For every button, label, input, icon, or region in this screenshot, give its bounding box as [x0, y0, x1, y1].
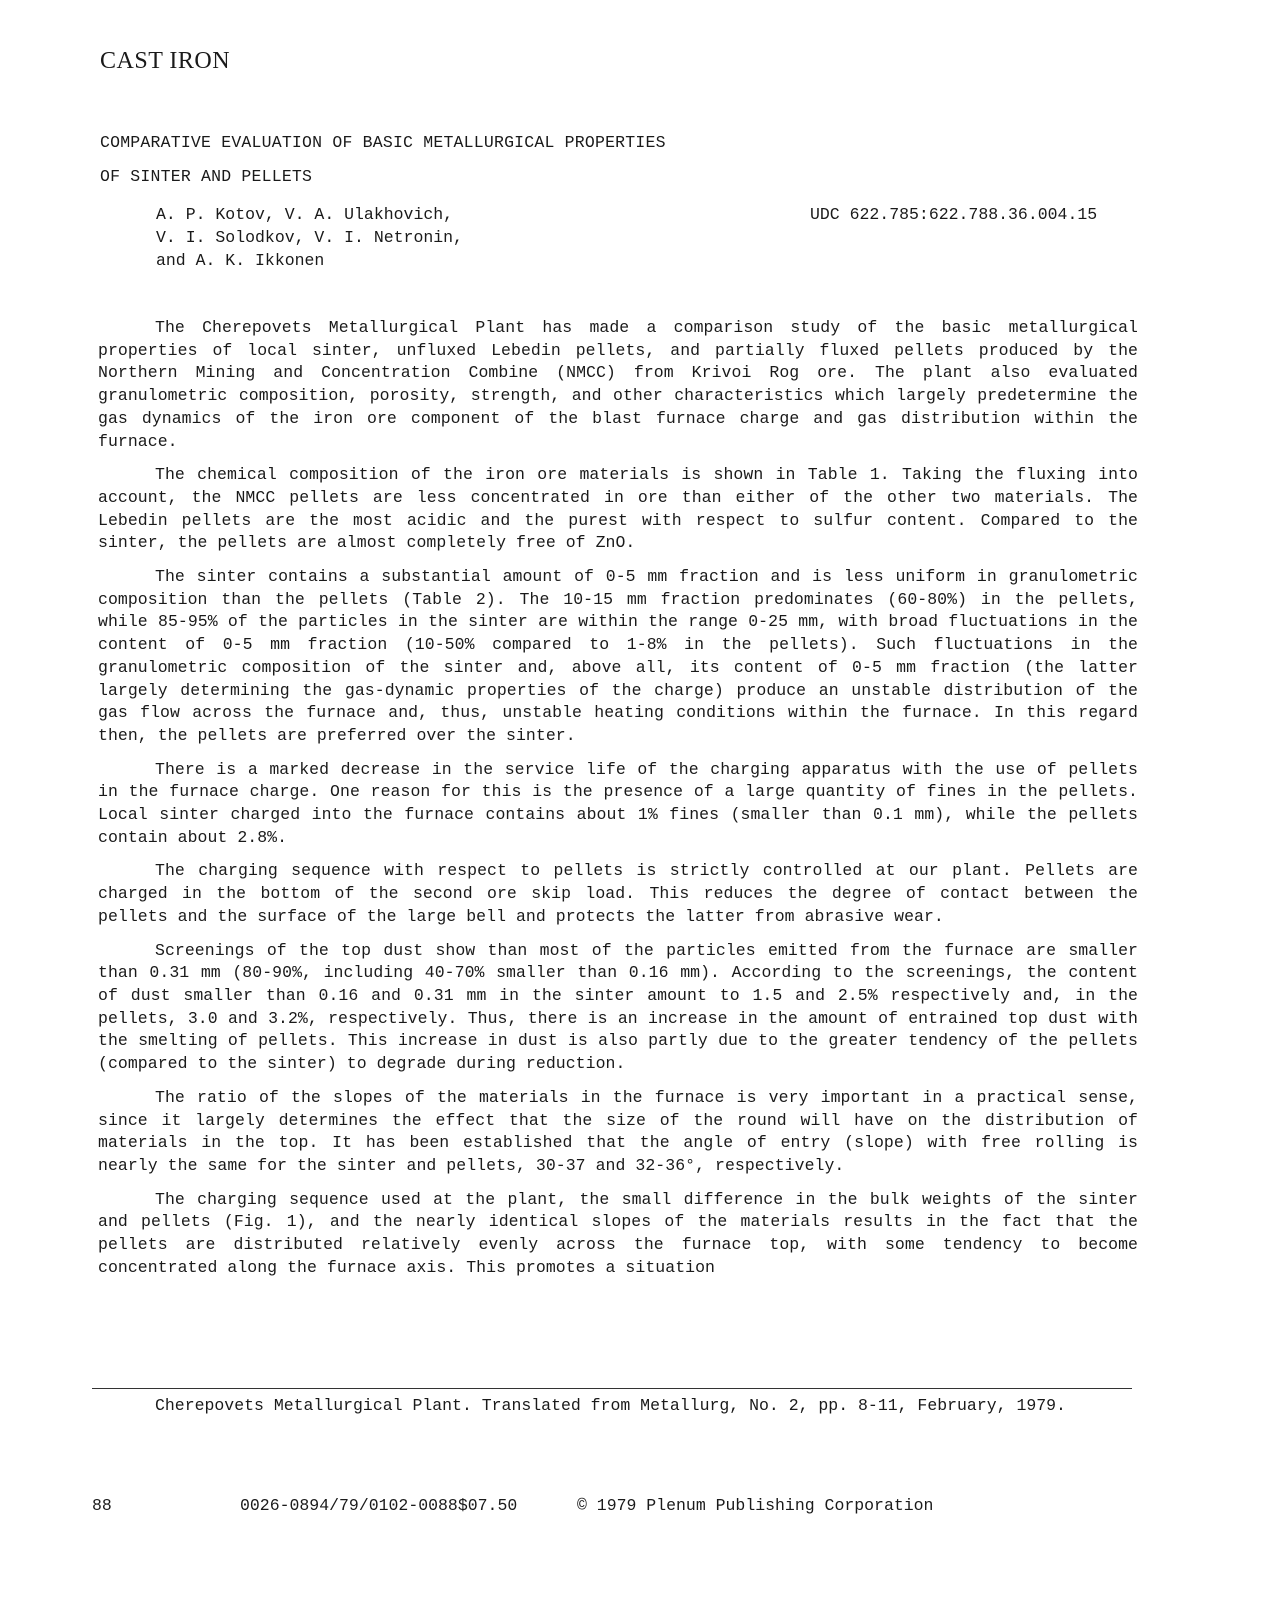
author-list: A. P. Kotov, V. A. Ulakhovich, V. I. Sol…: [156, 203, 463, 272]
article-title-line-2: OF SINTER AND PELLETS: [100, 160, 666, 194]
section-heading: CAST IRON: [100, 48, 230, 75]
footnote: Cherepovets Metallurgical Plant. Transla…: [98, 1394, 1138, 1417]
body-paragraph: Screenings of the top dust show than mos…: [98, 940, 1138, 1076]
author-line: A. P. Kotov, V. A. Ulakhovich,: [156, 203, 463, 226]
udc-code: UDC 622.785:622.788.36.004.15: [810, 203, 1097, 226]
body-paragraph: The sinter contains a substantial amount…: [98, 566, 1138, 748]
author-line: V. I. Solodkov, V. I. Netronin,: [156, 226, 463, 249]
article-body: The Cherepovets Metallurgical Plant has …: [98, 317, 1138, 1290]
footnote-divider: [92, 1388, 1132, 1389]
body-paragraph: The Cherepovets Metallurgical Plant has …: [98, 317, 1138, 453]
body-paragraph: The ratio of the slopes of the materials…: [98, 1087, 1138, 1178]
author-line: and A. K. Ikkonen: [156, 249, 463, 272]
article-title: COMPARATIVE EVALUATION OF BASIC METALLUR…: [100, 126, 666, 194]
page-number: 88: [92, 1494, 112, 1517]
body-paragraph: The chemical composition of the iron ore…: [98, 464, 1138, 555]
publication-code: 0026-0894/79/0102-0088$07.50: [240, 1494, 517, 1517]
body-paragraph: The charging sequence used at the plant,…: [98, 1189, 1138, 1280]
copyright-notice: © 1979 Plenum Publishing Corporation: [577, 1494, 933, 1517]
body-paragraph: There is a marked decrease in the servic…: [98, 759, 1138, 850]
article-title-line-1: COMPARATIVE EVALUATION OF BASIC METALLUR…: [100, 126, 666, 160]
body-paragraph: The charging sequence with respect to pe…: [98, 860, 1138, 928]
